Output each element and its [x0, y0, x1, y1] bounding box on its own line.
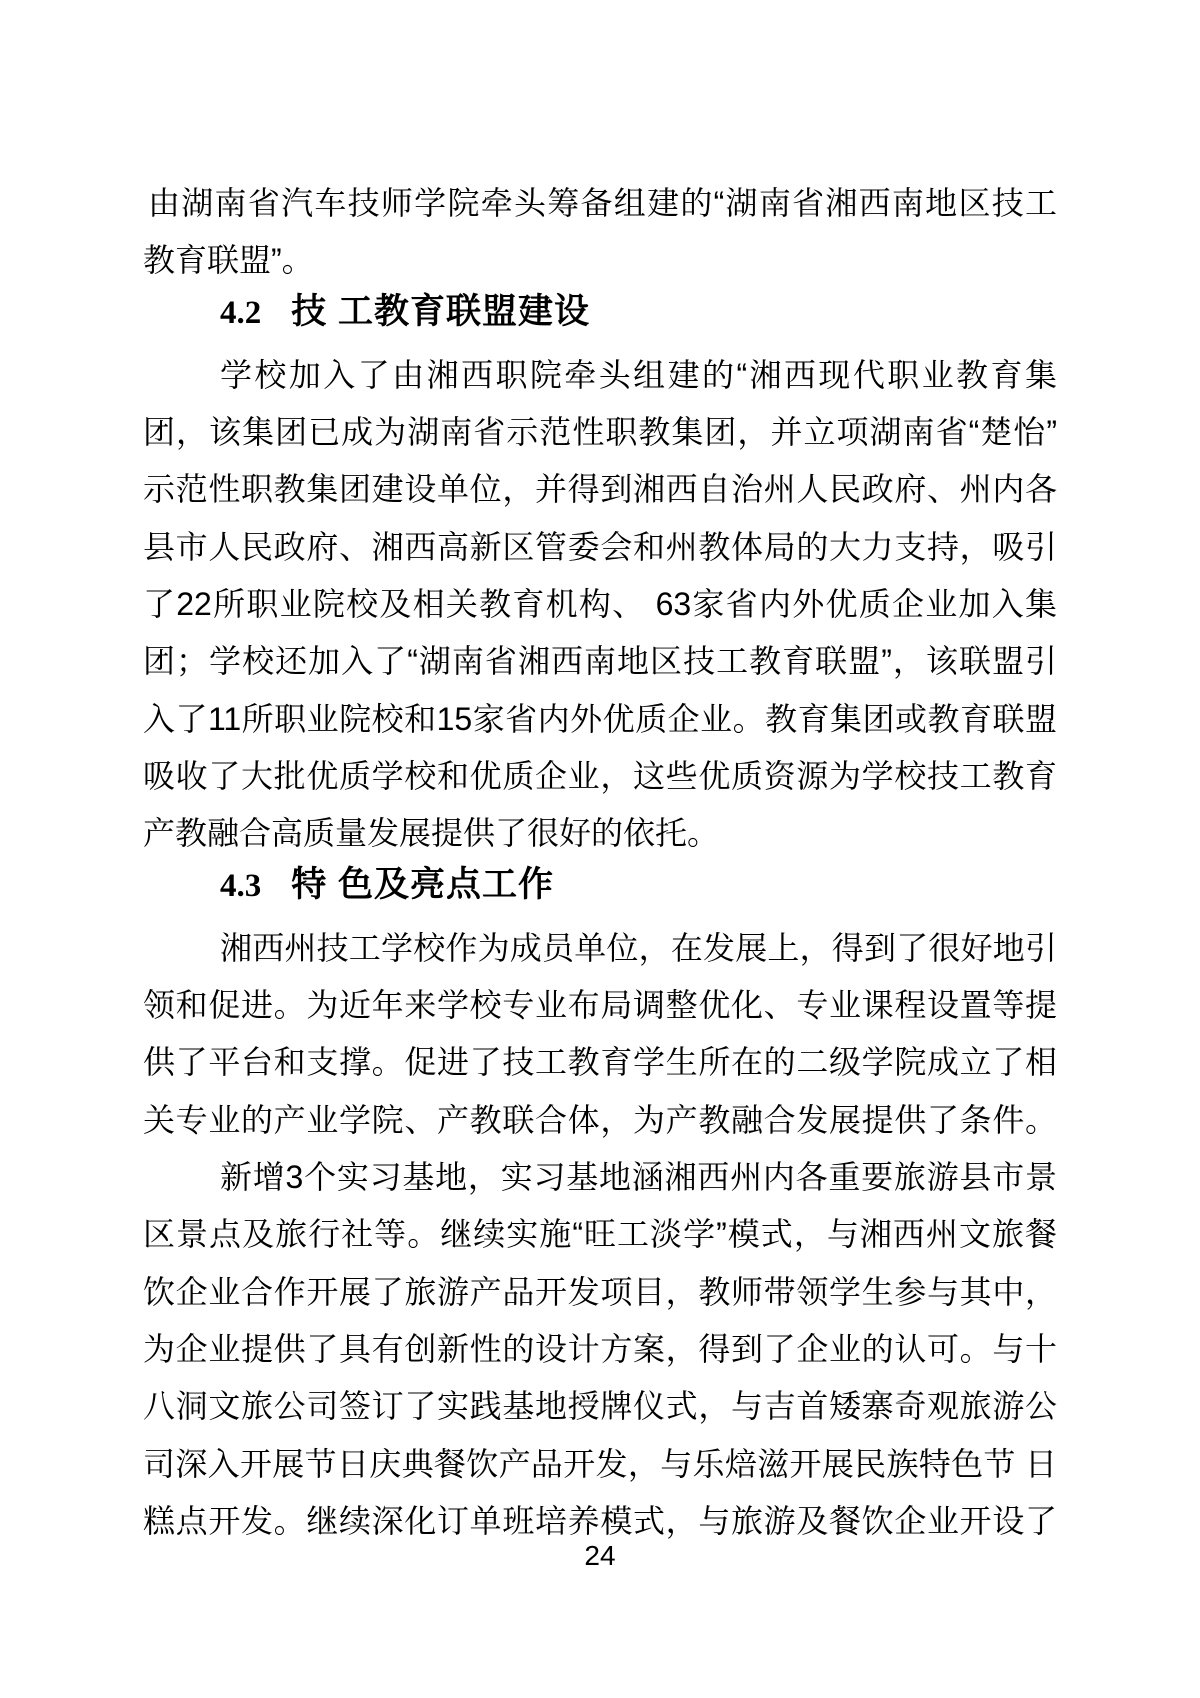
- paragraph-line: 领和促进。为近年来学校专业布局调整优化、专业课程设置等提: [143, 977, 1057, 1034]
- paragraph-line: 供了平台和支撑。促进了技工教育学生所在的二级学院成立了相: [143, 1034, 1057, 1091]
- section-title: 技 工教育联盟建设: [291, 292, 590, 331]
- paragraph-carryover-line: 由湖南省汽车技师学院牵头筹备组建的“湖南省湘西南地区技工: [143, 175, 1057, 232]
- document-page: 由湖南省汽车技师学院牵头筹备组建的“湖南省湘西南地区技工 教育联盟”。 4.2技…: [0, 0, 1200, 1698]
- paragraph-last-line: 关专业的产业学院、产教联合体，为产教融合发展提供了条件。: [143, 1092, 1057, 1149]
- paragraph-first-line: 湘西州技工学校作为成员单位，在发展上，得到了很好地引: [143, 920, 1057, 977]
- section-heading-4-2: 4.2技 工教育联盟建设: [143, 283, 1057, 340]
- paragraph-line: 为企业提供了具有创新性的设计方案，得到了企业的认可。与十: [143, 1321, 1057, 1378]
- paragraph-first-line: 新增3个实习基地，实习基地涵湘西州内各重要旅游县市景: [143, 1149, 1057, 1206]
- page-number: 24: [0, 1541, 1200, 1571]
- paragraph-carryover-line: 教育联盟”。: [143, 232, 1057, 289]
- paragraph-line: 入了11所职业院校和15家省内外优质企业。教育集团或教育联盟: [143, 691, 1057, 748]
- paragraph-line: 八洞文旅公司签订了实践基地授牌仪式，与吉首矮寨奇观旅游公: [143, 1378, 1057, 1435]
- paragraph-line: 团，该集团已成为湖南省示范性职教集团，并立项湖南省“楚怡”: [143, 404, 1057, 461]
- section-number: 4.2: [220, 295, 261, 331]
- paragraph-line: 团；学校还加入了“湖南省湘西南地区技工教育联盟”，该联盟引: [143, 633, 1057, 690]
- paragraph-last-line: 产教融合高质量发展提供了很好的依托。: [143, 805, 1057, 862]
- paragraph-line: 县市人民政府、湘西高新区管委会和州教体局的大力支持，吸引: [143, 519, 1057, 576]
- paragraph-line: 司深入开展节日庆典餐饮产品开发，与乐焙滋开展民族特色节 日: [143, 1436, 1057, 1493]
- paragraph-line: 区景点及旅行社等。继续实施“旺工淡学”模式，与湘西州文旅餐: [143, 1206, 1057, 1263]
- section-title: 特 色及亮点工作: [291, 865, 554, 904]
- paragraph-line: 吸收了大批优质学校和优质企业，这些优质资源为学校技工教育: [143, 748, 1057, 805]
- paragraph-first-line: 学校加入了由湘西职院牵头组建的“湘西现代职业教育集: [143, 347, 1057, 404]
- section-heading-4-3: 4.3特 色及亮点工作: [143, 856, 1057, 913]
- page-body-text: 由湖南省汽车技师学院牵头筹备组建的“湖南省湘西南地区技工 教育联盟”。 4.2技…: [143, 175, 1057, 1550]
- paragraph-line: 饮企业合作开展了旅游产品开发项目，教师带领学生参与其中，: [143, 1264, 1057, 1321]
- paragraph-line: 了22所职业院校及相关教育机构、 63家省内外优质企业加入集: [143, 576, 1057, 633]
- section-number: 4.3: [220, 868, 261, 904]
- paragraph-line: 示范性职教集团建设单位，并得到湘西自治州人民政府、州内各: [143, 461, 1057, 518]
